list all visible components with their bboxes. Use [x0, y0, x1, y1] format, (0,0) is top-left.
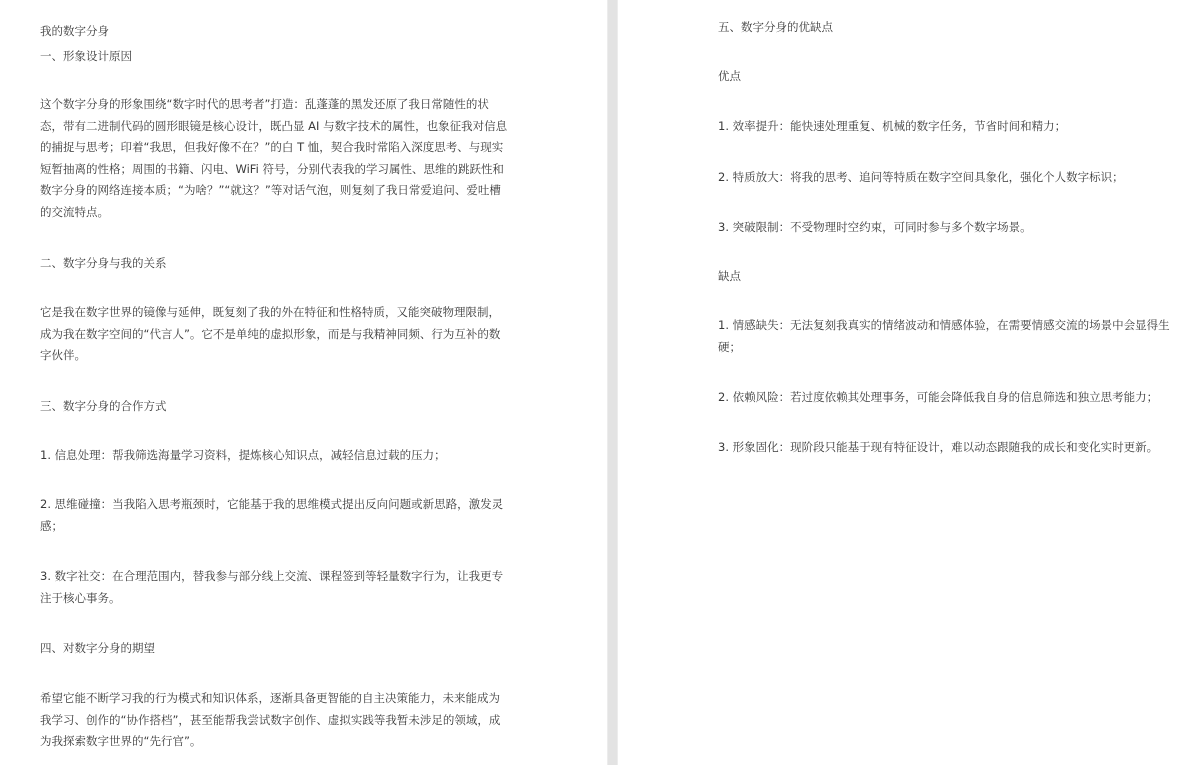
cons-item-2: 2. 依赖风险：若过度依赖其处理事务，可能会降低我自身的信息筛选和独立思考能力； [718, 386, 1158, 408]
section-4-body: 希望它能不断学习我的行为模式和知识体系，逐渐具备更智能的自主决策能力，未来能成为… [40, 688, 508, 753]
section-3-item-2: 2. 思维碰撞：当我陷入思考瓶颈时，它能基于我的思维模式提出反向问题或新思路，激… [40, 494, 508, 537]
cons-label: 缺点 [718, 265, 741, 287]
document-page-left: 我的数字分身 一、形象设计原因 这个数字分身的形象围绕“数字时代的思考者”打造：… [0, 0, 607, 765]
cons-item-3: 3. 形象固化：现阶段只能基于现有特征设计，难以动态跟随我的成长和变化实时更新。 [718, 436, 1158, 458]
pros-label: 优点 [718, 65, 741, 87]
page-divider [607, 0, 618, 765]
section-3-heading: 三、数字分身的合作方式 [40, 395, 167, 417]
section-2-body: 它是我在数字世界的镜像与延伸，既复刻了我的外在特征和性格特质，又能突破物理限制，… [40, 302, 508, 367]
document-title: 我的数字分身 [40, 20, 109, 42]
section-4-heading: 四、对数字分身的期望 [40, 637, 155, 659]
pros-item-1: 1. 效率提升：能快速处理重复、机械的数字任务，节省时间和精力； [718, 115, 1066, 137]
cons-item-1: 1. 情感缺失：无法复刻我真实的情绪波动和情感体验，在需要情感交流的场景中会显得… [718, 315, 1188, 358]
section-2-heading: 二、数字分身与我的关系 [40, 252, 167, 274]
pros-item-2: 2. 特质放大：将我的思考、追问等特质在数字空间具象化，强化个人数字标识； [718, 166, 1124, 188]
section-5-heading: 五、数字分身的优缺点 [718, 16, 833, 38]
section-3-item-3: 3. 数字社交：在合理范围内，替我参与部分线上交流、课程签到等轻量数字行为，让我… [40, 566, 508, 609]
section-3-item-1: 1. 信息处理：帮我筛选海量学习资料，提炼核心知识点，减轻信息过载的压力； [40, 445, 508, 467]
document-page-right: 五、数字分身的优缺点 优点 1. 效率提升：能快速处理重复、机械的数字任务，节省… [618, 0, 1200, 765]
pros-item-3: 3. 突破限制：不受物理时空约束，可同时参与多个数字场景。 [718, 216, 1032, 238]
section-1-heading: 一、形象设计原因 [40, 45, 132, 67]
section-1-body: 这个数字分身的形象围绕“数字时代的思考者”打造：乱蓬蓬的黑发还原了我日常随性的状… [40, 94, 508, 224]
